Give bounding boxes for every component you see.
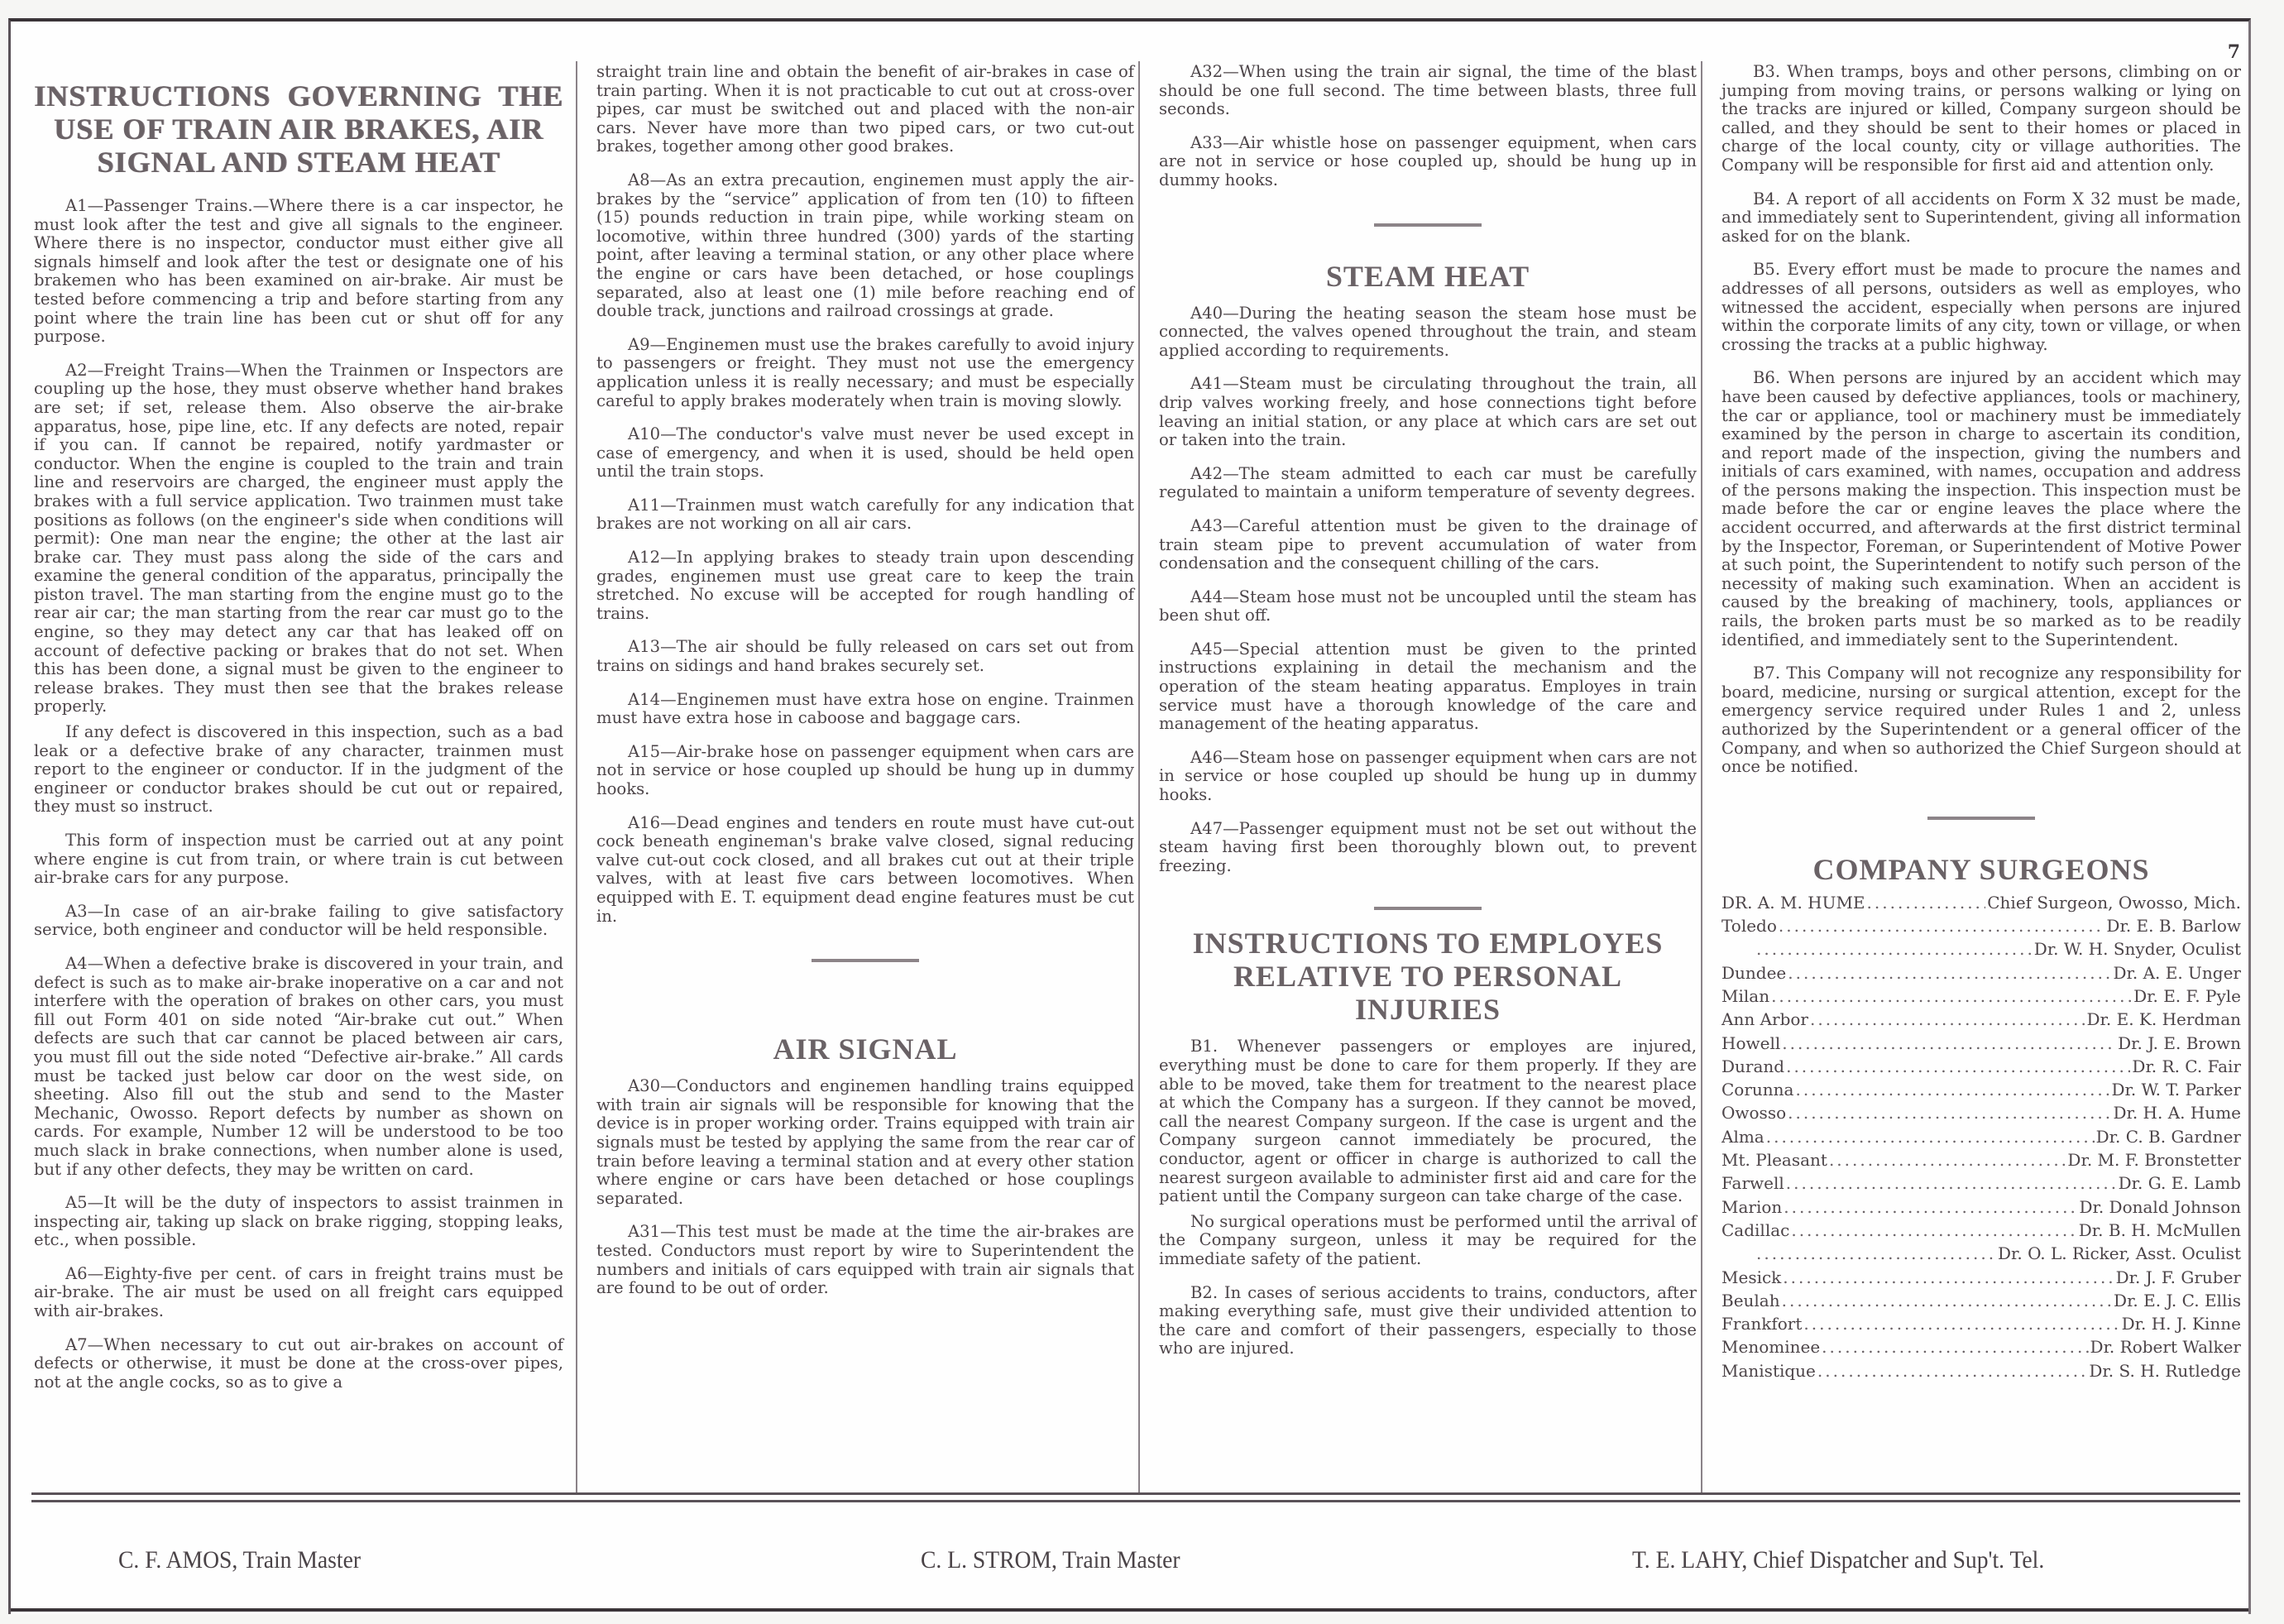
leader-dots [1782,1289,2112,1312]
rule-a9: A9—Enginemen must use the brakes careful… [596,336,1134,410]
surgeon-name: Dr. E. K. Herdman [2087,1008,2242,1031]
rule-a42: A42—The steam admitted to each car must … [1159,465,1697,502]
signature-block: C. F. AMOS, Train Master C. L. STROM, Tr… [11,1507,2248,1614]
surgeon-location: Alma [1721,1125,1764,1148]
air-signal-heading: AIR SIGNAL [596,1032,1134,1066]
surgeon-location: Dundee [1721,961,1786,984]
surgeon-row: Dr. O. L. Ricker, Asst. Oculist [1721,1242,2241,1265]
leader-dots [1795,1078,2109,1101]
rule-b1: B1. Whenever passengers or employes are … [1159,1037,1697,1205]
signature-strom: C. L. STROM, Train Master [921,1546,1180,1574]
surgeon-location: Ann Arbor [1721,1008,1808,1031]
leader-dots [1783,1266,2114,1289]
rule-b4: B4. A report of all accidents on Form X … [1721,190,2241,247]
surgeon-name: Dr. G. E. Lamb [2119,1171,2241,1195]
surgeon-name: Dr. M. F. Bronstetter [2067,1148,2241,1171]
surgeon-location: Farwell [1721,1171,1784,1195]
rule-b1-surgery: No surgical operations must be performed… [1159,1213,1697,1269]
surgeon-row: ToledoDr. E. B. Barlow [1721,914,2241,937]
surgeon-row: FarwellDr. G. E. Lamb [1721,1171,2241,1195]
surgeon-location: Owosso [1721,1101,1786,1124]
surgeon-name: Dr. R. C. Fair [2132,1055,2241,1078]
column-divider [1701,61,1702,1492]
surgeon-location: Beulah [1721,1289,1780,1312]
surgeon-location: Cadillac [1721,1219,1789,1242]
column-4: B3. When tramps, boys and other persons,… [1721,63,2241,1490]
rule-a13: A13—The air should be fully released on … [596,638,1134,675]
rule-a30: A30—Conductors and enginemen handling tr… [596,1077,1134,1208]
company-surgeons-heading: COMPANY SURGEONS [1721,853,2241,886]
surgeon-row: MesickDr. J. F. Gruber [1721,1266,2241,1289]
surgeon-name: Dr. W. H. Snyder, Oculist [2034,937,2241,961]
rule-a10: A10—The conductor's valve must never be … [596,425,1134,481]
surgeon-name: Dr. E. B. Barlow [2106,914,2241,937]
surgeon-name: Dr. J. E. Brown [2118,1032,2241,1055]
surgeon-name: Dr. J. F. Gruber [2116,1266,2241,1289]
rule-a32: A32—When using the train air signal, the… [1159,63,1697,119]
rule-a16: A16—Dead engines and tenders en route mu… [596,814,1134,927]
surgeon-location: Menominee [1721,1335,1820,1358]
surgeons-list: DR. A. M. HUMEChief Surgeon, Owosso, Mic… [1721,891,2241,1382]
rule-a40: A40—During the heating season the steam … [1159,304,1697,361]
rule-a47: A47—Passenger equipment must not be set … [1159,820,1697,876]
surgeon-row: CadillacDr. B. H. McMullen [1721,1219,2241,1242]
surgeon-name: Dr. E. F. Pyle [2133,984,2241,1008]
main-title: INSTRUCTIONS GOVERNING THE USE OF TRAIN … [34,79,563,179]
surgeon-row: ManistiqueDr. S. H. Rutledge [1721,1359,2241,1382]
rule-a2-inspection: This form of inspection must be carried … [34,831,563,888]
leader-dots [1822,1335,2088,1358]
column-1: INSTRUCTIONS GOVERNING THE USE OF TRAIN … [34,63,563,1490]
leader-dots [1788,961,2111,984]
column-divider [576,61,577,1492]
heading-line: INJURIES [1159,993,1697,1026]
leader-dots [1791,1219,2076,1242]
leader-dots [1803,1312,2119,1335]
rule-a2: A2—Freight Trains—When the Trainmen or I… [34,362,563,716]
rule-a4: A4—When a defective brake is discovered … [34,955,563,1179]
rule-a14: A14—Enginemen must have extra hose on en… [596,691,1134,728]
surgeon-row: MarionDr. Donald Johnson [1721,1195,2241,1219]
leader-dots [1786,1171,2117,1195]
rule-b2: B2. In cases of serious accidents to tra… [1159,1284,1697,1358]
surgeon-location: DR. A. M. HUME [1721,891,1865,914]
surgeon-location: Howell [1721,1032,1780,1055]
surgeon-name: Dr. H. J. Kinne [2122,1312,2241,1335]
leader-dots [1810,1008,2085,1031]
bottom-rule [11,1608,2248,1612]
rule-b3: B3. When tramps, boys and other persons,… [1721,63,2241,175]
surgeon-location: Milan [1721,984,1769,1008]
signature-amos: C. F. AMOS, Train Master [118,1546,361,1574]
rule-a2-defect: If any defect is discovered in this insp… [34,723,563,817]
leader-dots [1829,1148,2066,1171]
leader-dots [1867,891,1986,914]
surgeon-name: Dr. Donald Johnson [2079,1195,2241,1219]
column-3: A32—When using the train air signal, the… [1159,63,1697,1490]
leader-dots [1771,984,2132,1008]
surgeon-name: Dr. Robert Walker [2090,1335,2241,1358]
surgeon-row: FrankfortDr. H. J. Kinne [1721,1312,2241,1335]
leader-dots [1756,937,2033,961]
surgeon-location: Manistique [1721,1359,1816,1382]
surgeon-row: Dr. W. H. Snyder, Oculist [1721,937,2241,961]
heading-line: INSTRUCTIONS TO EMPLOYES [1159,927,1697,960]
rule-b6: B6. When persons are injured by an accid… [1721,369,2241,649]
surgeon-location: Frankfort [1721,1312,1802,1335]
rule-a46: A46—Steam hose on passenger equipment wh… [1159,749,1697,805]
title-line: USE OF TRAIN AIR BRAKES, AIR [34,113,563,146]
surgeon-location: Toledo [1721,914,1777,937]
rule-a41: A41—Steam must be circulating throughout… [1159,375,1697,449]
rule-a7: A7—When necessary to cut out air-brakes … [34,1336,563,1392]
rule-a33: A33—Air whistle hose on passenger equipm… [1159,134,1697,190]
surgeon-location: Marion [1721,1195,1782,1219]
surgeon-row: AlmaDr. C. B. Gardner [1721,1125,2241,1148]
title-line: SIGNAL AND STEAM HEAT [34,146,563,179]
injuries-heading: INSTRUCTIONS TO EMPLOYES RELATIVE TO PER… [1159,927,1697,1026]
surgeon-location: Mesick [1721,1266,1781,1289]
footer-double-rule [31,1492,2240,1502]
surgeon-name: Dr. C. B. Gardner [2096,1125,2241,1148]
surgeon-row: DurandDr. R. C. Fair [1721,1055,2241,1078]
rule-a12: A12—In applying brakes to steady train u… [596,549,1134,623]
rule-a6: A6—Eighty-five per cent. of cars in frei… [34,1265,563,1321]
leader-dots [1782,1032,2116,1055]
surgeon-row: BeulahDr. E. J. C. Ellis [1721,1289,2241,1312]
leader-dots [1788,1101,2111,1124]
leader-dots [1779,914,2105,937]
column-2: straight train line and obtain the benef… [596,63,1134,1490]
rule-a15: A15—Air-brake hose on passenger equipmen… [596,743,1134,799]
column-divider [1138,61,1140,1492]
surgeon-row: DR. A. M. HUMEChief Surgeon, Owosso, Mic… [1721,891,2241,914]
surgeon-name: Dr. S. H. Rutledge [2089,1359,2241,1382]
leader-dots [1784,1195,2077,1219]
leader-dots [1766,1125,2095,1148]
rule-b7: B7. This Company will not recognize any … [1721,664,2241,777]
surgeon-row: HowellDr. J. E. Brown [1721,1032,2241,1055]
surgeon-row: MenomineeDr. Robert Walker [1721,1335,2241,1358]
surgeon-location: Corunna [1721,1078,1793,1101]
signature-lahy: T. E. LAHY, Chief Dispatcher and Sup't. … [1632,1546,2044,1574]
rule-a1: A1—Passenger Trains.—Where there is a ca… [34,197,563,347]
leader-dots [1817,1359,2087,1382]
rule-b5: B5. Every effort must be made to procure… [1721,261,2241,354]
rule-a5: A5—It will be the duty of inspectors to … [34,1194,563,1250]
surgeon-location: Durand [1721,1055,1784,1078]
columns-container: INSTRUCTIONS GOVERNING THE USE OF TRAIN … [11,22,2248,1490]
rule-a7-continued: straight train line and obtain the benef… [596,63,1134,156]
surgeon-row: OwossoDr. H. A. Hume [1721,1101,2241,1124]
surgeon-name: Dr. E. J. C. Ellis [2114,1289,2241,1312]
surgeon-name: Dr. B. H. McMullen [2079,1219,2241,1242]
rule-a3: A3—In case of an air-brake failing to gi… [34,903,563,940]
surgeon-row: Mt. PleasantDr. M. F. Bronstetter [1721,1148,2241,1171]
surgeon-row: CorunnaDr. W. T. Parker [1721,1078,2241,1101]
rule-a45: A45—Special attention must be given to t… [1159,640,1697,734]
rule-a31: A31—This test must be made at the time t… [596,1223,1134,1297]
surgeon-name: Dr. H. A. Hume [2113,1101,2241,1124]
surgeon-location: Mt. Pleasant [1721,1148,1827,1171]
rule-a11: A11—Trainmen must watch carefully for an… [596,496,1134,534]
surgeon-name: Dr. A. E. Unger [2113,961,2241,984]
steam-heat-heading: STEAM HEAT [1159,260,1697,293]
leader-dots [1756,1242,1996,1265]
rule-a44: A44—Steam hose must not be uncoupled unt… [1159,588,1697,625]
leader-dots [1786,1055,2130,1078]
heading-line: RELATIVE TO PERSONAL [1159,960,1697,993]
document-page: 7 INSTRUCTIONS GOVERNING THE USE OF TRAI… [8,18,2251,1614]
rule-a8: A8—As an extra precaution, enginemen mus… [596,171,1134,321]
surgeon-name: Dr. W. T. Parker [2111,1078,2241,1101]
rule-a43: A43—Careful attention must be given to t… [1159,517,1697,573]
surgeon-row: MilanDr. E. F. Pyle [1721,984,2241,1008]
surgeon-name: Dr. O. L. Ricker, Asst. Oculist [1998,1242,2241,1265]
surgeon-row: DundeeDr. A. E. Unger [1721,961,2241,984]
surgeon-name: Chief Surgeon, Owosso, Mich. [1987,891,2241,914]
title-line: INSTRUCTIONS GOVERNING THE [34,79,563,113]
surgeon-row: Ann ArborDr. E. K. Herdman [1721,1008,2241,1031]
